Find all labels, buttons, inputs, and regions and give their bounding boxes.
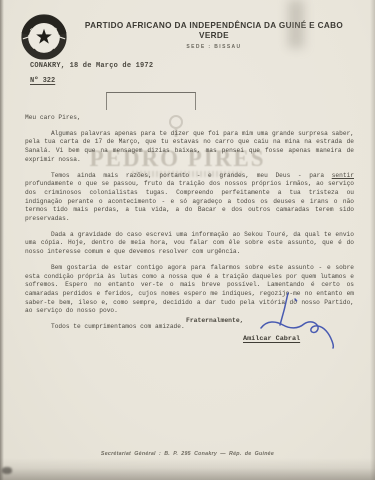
footer-address: Secrétariat Général : B. P. 295 Conakry … xyxy=(0,451,375,457)
party-name: PARTIDO AFRICANO DA INDEPENDÊNCIA DA GUI… xyxy=(76,21,352,41)
scan-edge-bottom xyxy=(0,458,375,480)
signature-name: Amílcar Cabral xyxy=(243,335,300,343)
paragraph-2-end: profundamente o que se passou, fruto da … xyxy=(25,180,354,222)
paragraph-2-start: Temos ainda mais razões, portanto - e gr… xyxy=(51,172,332,179)
salutation: Meu caro Pires, xyxy=(25,114,354,123)
scan-edge-right xyxy=(370,0,375,480)
redaction-bracket xyxy=(106,92,196,110)
place-date: CONAKRY, 18 de Março de 1972 xyxy=(30,62,153,70)
reference-number: Nº 322 xyxy=(30,77,55,85)
scan-edge-left xyxy=(0,0,4,480)
paragraph-1: Algumas palavras apenas para te dizer qu… xyxy=(25,130,354,165)
paigc-seal-logo: P.A.I.G.C xyxy=(19,11,69,61)
letterhead: PARTIDO AFRICANO DA INDEPENDÊNCIA DA GUI… xyxy=(76,21,352,50)
paragraph-3: Dada a gravidade do caso escrevi uma inf… xyxy=(25,231,354,257)
paragraph-2: Temos ainda mais razões, portanto - e gr… xyxy=(25,172,354,224)
underlined-word: sentir xyxy=(332,172,354,179)
scanned-letter-page: P.A.I.G.C PARTIDO AFRICANO DA INDEPENDÊN… xyxy=(0,0,375,480)
seat-line: SEDE : BISSAU xyxy=(76,44,352,50)
scan-speck xyxy=(2,467,12,474)
